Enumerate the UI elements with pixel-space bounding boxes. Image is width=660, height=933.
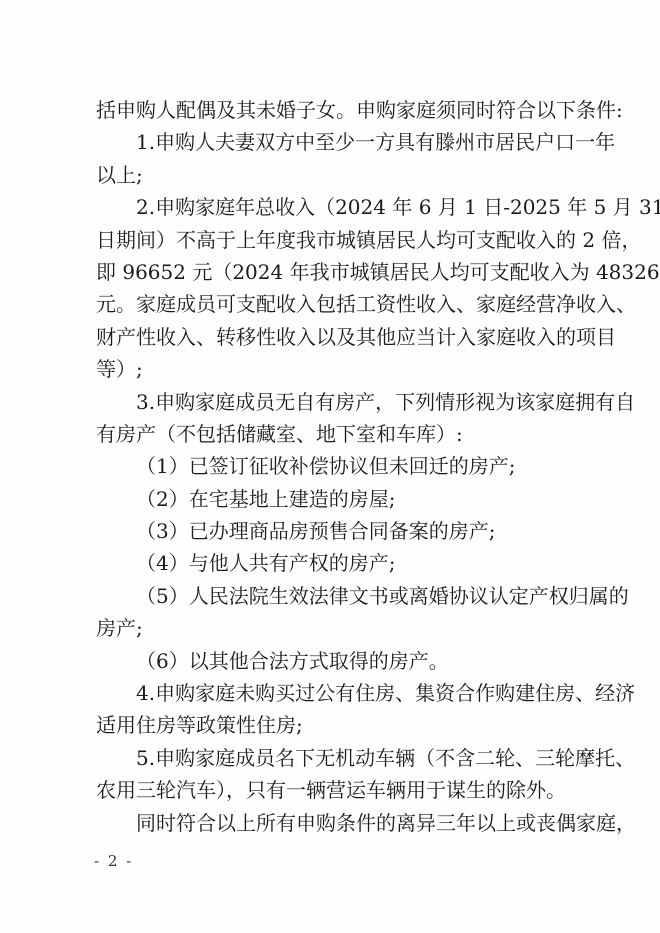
text-line-item-1: 1.申购人夫妻双方中至少一方具有滕州市居民户口一年 <box>96 126 568 158</box>
text-line-subitem-1: （1）已签订征收补偿协议但未回迁的房产; <box>96 450 568 482</box>
text-line: 括申购人配偶及其未婚子女。申购家庭须同时符合以下条件: <box>96 94 568 126</box>
text-line: 财产性收入、转移性收入以及其他应当计入家庭收入的项目 <box>96 321 568 353</box>
document-page: 括申购人配偶及其未婚子女。申购家庭须同时符合以下条件: 1.申购人夫妻双方中至少… <box>0 0 660 933</box>
text-line: 以上; <box>96 159 568 191</box>
text-line: 有房产（不包括储藏室、地下室和车库）: <box>96 418 568 450</box>
text-line: 等）; <box>96 353 568 385</box>
text-line-item-5: 5.申购家庭成员名下无机动车辆（不含二轮、三轮摩托、 <box>96 742 568 774</box>
text-line: 适用住房等政策性住房; <box>96 709 568 741</box>
text-line: 日期间）不高于上年度我市城镇居民人均可支配收入的 2 倍， <box>96 224 568 256</box>
text-line-subitem-4: （4）与他人共有产权的房产; <box>96 547 568 579</box>
page-number: - 2 - <box>94 852 133 870</box>
text-line: 农用三轮汽车），只有一辆营运车辆用于谋生的除外。 <box>96 774 568 806</box>
text-line: 即 96652 元（2024 年我市城镇居民人均可支配收入为 48326 <box>96 256 568 288</box>
text-line: 元。家庭成员可支配收入包括工资性收入、家庭经营净收入、 <box>96 288 568 320</box>
text-line-subitem-5: （5）人民法院生效法律文书或离婚协议认定产权归属的 <box>96 580 568 612</box>
text-line-item-4: 4.申购家庭未购买过公有住房、集资合作购建住房、经济 <box>96 677 568 709</box>
document-body: 括申购人配偶及其未婚子女。申购家庭须同时符合以下条件: 1.申购人夫妻双方中至少… <box>96 94 568 839</box>
text-line-closing: 同时符合以上所有申购条件的离异三年以上或丧偶家庭， <box>96 807 568 839</box>
text-line-subitem-6: （6）以其他合法方式取得的房产。 <box>96 645 568 677</box>
text-line-item-2: 2.申购家庭年总收入（2024 年 6 月 1 日-2025 年 5 月 31 <box>96 191 568 223</box>
text-line-subitem-2: （2）在宅基地上建造的房屋; <box>96 483 568 515</box>
text-line-item-3: 3.申购家庭成员无自有房产，下列情形视为该家庭拥有自 <box>96 386 568 418</box>
text-line: 房产; <box>96 612 568 644</box>
text-line-subitem-3: （3）已办理商品房预售合同备案的房产; <box>96 515 568 547</box>
